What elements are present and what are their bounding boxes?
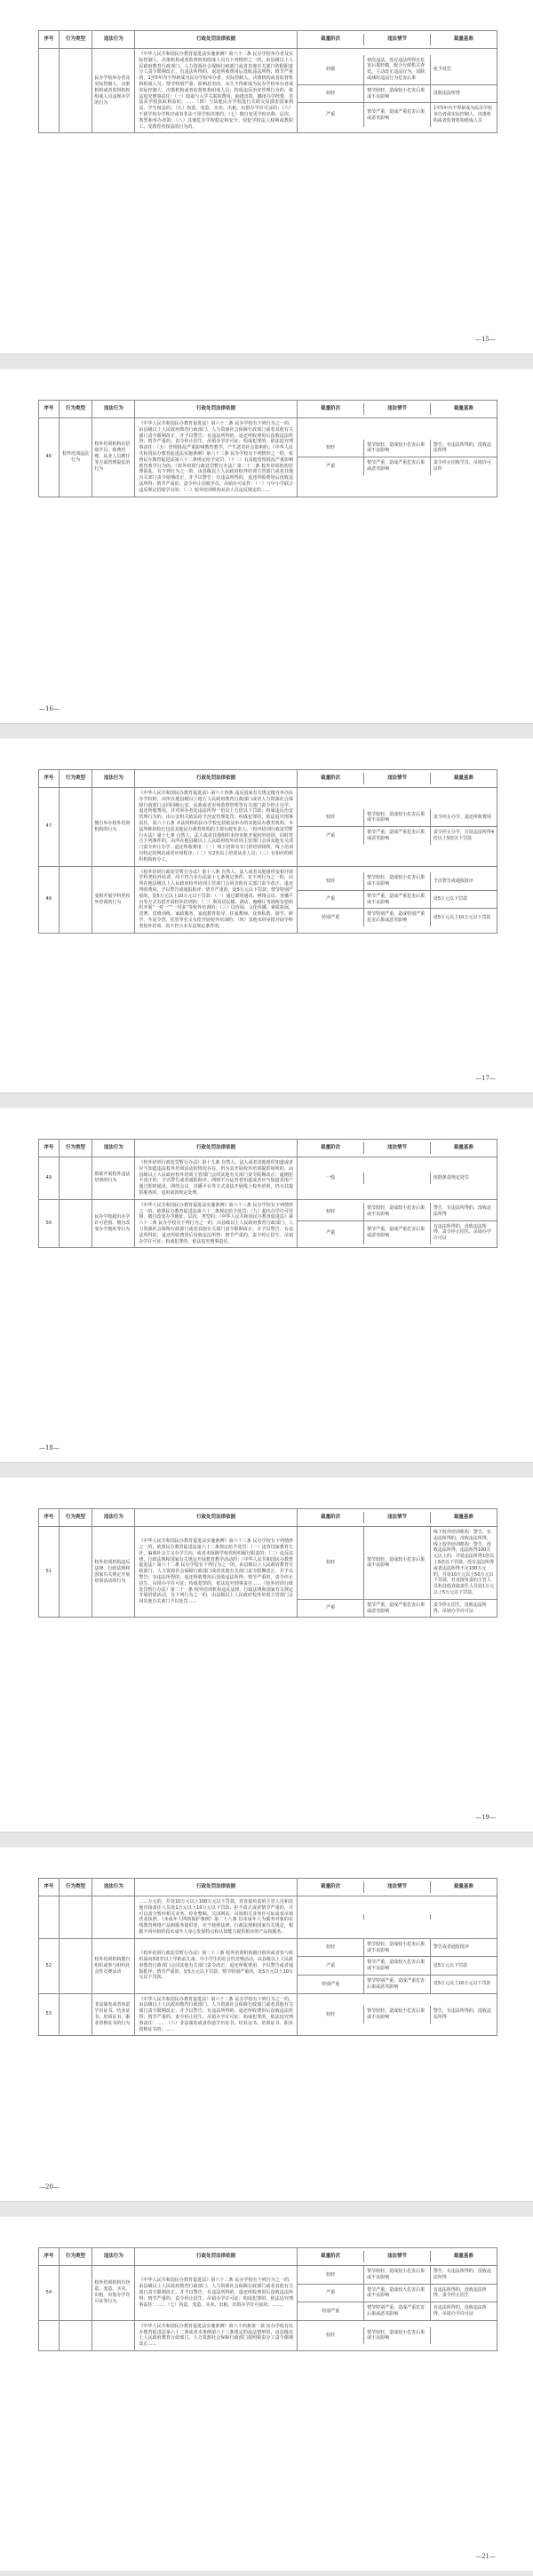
column-header: 行为类型 <box>59 1879 92 1896</box>
table-area: 序号行为类型违法行为行政处罚法律依据裁量阶次违法情节裁量基准51校外培训机构违反… <box>38 1508 497 1803</box>
column-header: 行为类型 <box>59 31 92 49</box>
discretion-row: 较轻情节较轻，造成较小危害后果或不良影响责令停止办学、退还所收费用 <box>298 809 497 827</box>
column-header: 违法情节 <box>364 403 431 415</box>
cell-discretion-level: 严重 <box>298 827 364 845</box>
discretion-row: 严重情节严重，造成严重危害后果或恶劣影响有违法所得的，没收违法所得，责令停止招生… <box>298 1220 497 1244</box>
column-header: 裁量基准 <box>430 1512 497 1523</box>
column-header: 序号 <box>39 2248 60 2266</box>
cell-illegal-behavior: 校外培训机构在招收学员、收费管理、从业人员聘任等方面管理混乱的行为 <box>92 418 135 497</box>
discretion-subtable <box>298 1914 497 1920</box>
discretion-row: 较轻情节较轻，造成较小危害后果或不良影响警告，有违法所得的，没收违法所得 <box>298 2266 497 2284</box>
cell-illegal-circumstance: 情节特别严重，造成严重危害后果或恶劣影响 <box>364 1975 431 1992</box>
sub-header-table: 裁量阶次违法情节裁量基准 <box>298 1881 497 1893</box>
cell-illegal-circumstance: 情节较轻，造成较小危害后果或不良影响 <box>364 84 431 103</box>
page-gap <box>0 2201 533 2217</box>
page-number: —21— <box>475 2553 496 2560</box>
cell-illegal-circumstance: 情节严重，造成较大危害后果或不良影响 <box>364 2284 431 2302</box>
cell-discretion-level: 较轻 <box>298 2006 364 2023</box>
cell-discretion-level: 特别严重 <box>298 2302 364 2320</box>
discretion-row <box>298 1914 497 1920</box>
cell-discretion-standard: 线下校外培训机构：警告，有违法所得的，没收违法所得。线上校外培训机构：警告，没收… <box>430 1527 497 1599</box>
discretion-row: 严重情节严重，造成严重危害后果或恶劣影响责令停止招收学员、吊销许可证件 <box>298 457 497 475</box>
cell-discretion-standard <box>430 2327 497 2345</box>
column-header: 行政处罚法律依据 <box>135 1879 298 1896</box>
cell-discretion-level: 严重 <box>298 103 364 127</box>
cell-illegal-behavior: 校外培训机构违反法律、行政法规和国家有关规定开展培训活动的行为 <box>92 1527 135 1618</box>
table-header-row: 序号行为类型违法行为行政处罚法律依据裁量阶次违法情节裁量基准 <box>39 770 497 788</box>
column-header: 序号 <box>39 770 60 788</box>
document-pages: 序号行为类型违法行为行政处罚法律依据裁量阶次违法情节裁量基准民办学校举办者及实际… <box>0 0 533 2571</box>
column-header: 行政处罚法律依据 <box>135 770 298 788</box>
discretion-row: 严重情节严重，造成较大危害后果或不良影响有违法所得的，没收违法所得，责令停止招生 <box>298 2284 497 2302</box>
column-header: 裁量基准 <box>430 2251 497 2262</box>
cell-serial-number: 53 <box>39 1993 60 2036</box>
column-header: 行为类型 <box>59 401 92 418</box>
discretion-row: 严重情节严重，造成严重危害后果或不良影响处5万元以下罚款 <box>298 890 497 909</box>
cell-illegal-behavior <box>92 1896 135 1939</box>
table-row: 53非法颁发或者伪造学历证书、结业证书、培训证书、职业资格证书的行为《中华人民共… <box>39 1993 497 2036</box>
cell-discretion-level: 严重 <box>298 890 364 909</box>
table-row: 50民办学校超出办学许可范围、擅自改变办学地址等行为《中华人民共和国民办教育促进… <box>39 1199 497 1248</box>
column-header-group: 裁量阶次违法情节裁量基准 <box>298 1509 497 1527</box>
table-header-row: 序号行为类型违法行为行政处罚法律依据裁量阶次违法情节裁量基准 <box>39 1879 497 1896</box>
penalty-table: 序号行为类型违法行为行政处罚法律依据裁量阶次违法情节裁量基准47擅自举办校外培训… <box>38 769 497 934</box>
page-number: —18— <box>39 1444 60 1451</box>
cell-serial-number: 54 <box>39 2266 60 2321</box>
cell-behavior-type <box>59 788 92 867</box>
column-header: 行政处罚法律依据 <box>135 1509 298 1527</box>
column-header: 违法情节 <box>364 1142 431 1154</box>
discretion-row: 较轻情节较轻，造成较小危害后果或不良影响警告或者通报批评 <box>298 1939 497 1957</box>
column-header: 违法行为 <box>92 1879 135 1896</box>
cell-illegal-circumstance: 情节较轻，造成较小危害后果或不良影响 <box>364 809 431 827</box>
cell-illegal-circumstance: 情节较轻，造成较小危害后果或不良影响 <box>364 2327 431 2345</box>
column-header: 违法行为 <box>92 1509 135 1527</box>
sub-header-row: 裁量阶次违法情节裁量基准 <box>298 403 497 415</box>
cell-legal-basis: 《校外培训行政处罚暂行办法》第十八条 自然人、法人或者其他组织变相开展学科类校外… <box>135 866 298 933</box>
discretion-subtable: 较轻情节较轻，造成较小危害后果或不良影响予以警告或通报批评严重情节严重，造成严重… <box>298 872 497 926</box>
cell-illegal-circumstance: 情节严重，造成严重危害后果或不良影响 <box>364 890 431 909</box>
cell-behavior-type <box>59 49 92 133</box>
cell-illegal-circumstance: 情节较轻，造成较小危害后果或不良影响 <box>364 2006 431 2023</box>
column-header: 裁量阶次 <box>298 1512 364 1523</box>
cell-behavior-type: 校外培训违法行为 <box>59 418 92 497</box>
cell-discretion-level: 较轻 <box>298 1939 364 1957</box>
cell-discretion-group: 轻微初次违法，没有违法所得且危害后果轻微，配合行政机关查处，主动改正违法行为，消… <box>298 49 497 133</box>
sub-header-table: 裁量阶次违法情节裁量基准 <box>298 1512 497 1523</box>
discretion-subtable: 较轻情节较轻，造成较小危害后果或不良影响警告，有违法所得的，没收违法所得严重情节… <box>298 440 497 475</box>
sub-header-row: 裁量阶次违法情节裁量基准 <box>298 1512 497 1523</box>
sub-header-row: 裁量阶次违法情节裁量基准 <box>298 2251 497 2262</box>
cell-discretion-level: 一般 <box>298 1173 364 1184</box>
cell-discretion-level: 特别严重 <box>298 909 364 926</box>
column-header: 裁量阶次 <box>298 1881 364 1893</box>
cell-illegal-circumstance: 情节严重，造成较大危害后果或不良影响 <box>364 1957 431 1976</box>
cell-legal-basis: 《中华人民共和国民办教育促进法实施条例》第六十二条 民办学校举办者及实际控制人、… <box>135 49 298 133</box>
cell-serial-number: 48 <box>39 866 60 933</box>
cell-discretion-group: 较轻情节较轻，造成较小危害后果或不良影响警告或者通报批评严重情节严重，造成较大危… <box>298 1938 497 1993</box>
discretion-subtable: 较轻情节较轻，造成较小危害后果或不良影响警告，有违法所得的，没收违法所得严重情节… <box>298 1203 497 1244</box>
column-header: 裁量基准 <box>430 403 497 415</box>
column-header: 违法行为 <box>92 401 135 418</box>
cell-legal-basis: 《中华人民共和国民办教育促进法》第六十二条 民办学校有下列行为之一的，由县级以上… <box>135 1993 298 2036</box>
cell-legal-basis: 《中华人民共和国民办教育促进法实施条例》第六十四条第一款 民办学校有民办教育促进… <box>135 2320 298 2350</box>
cell-illegal-circumstance: 情节严重，造成严重危害后果或恶劣影响 <box>364 457 431 475</box>
column-header-group: 裁量阶次违法情节裁量基准 <box>298 1140 497 1157</box>
cell-serial-number: 52 <box>39 1938 60 1993</box>
cell-illegal-circumstance: 情节较轻，造成较小危害后果或不良影响 <box>364 2266 431 2284</box>
cell-discretion-standard: 责令停止招收学员、吊销许可证件 <box>430 457 497 475</box>
column-header: 行政处罚法律依据 <box>135 1140 298 1157</box>
table-area: 序号行为类型违法行为行政处罚法律依据裁量阶次违法情节裁量基准49帮助开展校外违法… <box>38 1139 497 1434</box>
cell-discretion-standard: 警告，有违法所得的，没收违法所得 <box>430 1203 497 1220</box>
cell-discretion-level: 特别严重 <box>298 1975 364 1992</box>
cell-illegal-behavior: 擅自举办校外培训机构的行为 <box>92 788 135 867</box>
page: 序号行为类型违法行为行政处罚法律依据裁量阶次违法情节裁量基准49帮助开展校外违法… <box>0 1109 533 1462</box>
column-header: 行为类型 <box>59 1140 92 1157</box>
discretion-row: 特别严重情节特别严重，造成特别严重危害后果或恶劣影响处5万元以上10万元以下罚款 <box>298 909 497 926</box>
cell-legal-basis: 《中华人民共和国民办教育促进法》第六十二条 民办学校有下列行为之一的，由县级以上… <box>135 418 298 497</box>
column-header: 序号 <box>39 1140 60 1157</box>
column-header: 裁量基准 <box>430 1881 497 1893</box>
page-gap <box>0 1093 533 1109</box>
cell-discretion-level: 较轻 <box>298 2266 364 2284</box>
cell-discretion-group: 较轻情节较轻，造成较小危害后果或不良影响 <box>298 2320 497 2350</box>
cell-discretion-standard: 责令停止办学，并处违法所得4倍以上5倍以下罚款 <box>430 827 497 845</box>
cell-discretion-level: 严重 <box>298 1599 364 1617</box>
table-area: 序号行为类型违法行为行政处罚法律依据裁量阶次违法情节裁量基准54校外培训机构有伪… <box>38 2247 497 2542</box>
column-header: 裁量基准 <box>430 34 497 45</box>
cell-illegal-circumstance: 情节较轻，造成较小危害后果或不良影响 <box>364 1527 431 1599</box>
cell-discretion-level: 严重 <box>298 1220 364 1244</box>
cell-illegal-circumstance: 情节特别严重，造成特别严重危害后果或恶劣影响 <box>364 909 431 926</box>
cell-legal-basis: 《校外培训行政处罚暂行办法》第十九条 自然人、法人或者其他组织知道或者应当知道违… <box>135 1157 298 1200</box>
penalty-table: 序号行为类型违法行为行政处罚法律依据裁量阶次违法情节裁量基准46校外培训违法行为… <box>38 400 497 497</box>
page: 序号行为类型违法行为行政处罚法律依据裁量阶次违法情节裁量基准……万元的，并处10… <box>0 1848 533 2201</box>
cell-discretion-group: 较轻情节较轻，造成较小危害后果或不良影响警告，有违法所得的，没收违法所得严重情节… <box>298 418 497 497</box>
discretion-row: 较轻情节较轻，造成较小危害后果或不良影响 <box>298 2327 497 2345</box>
column-header-group: 裁量阶次违法情节裁量基准 <box>298 401 497 418</box>
column-header: 行政处罚法律依据 <box>135 2248 298 2266</box>
cell-discretion-level: 较轻 <box>298 809 364 827</box>
cell-discretion-standard: 予以警告或通报批评 <box>430 872 497 890</box>
discretion-subtable: 一般依据条款规定处罚 <box>298 1173 497 1184</box>
cell-behavior-type <box>59 2320 92 2350</box>
cell-discretion-standard: 免予处罚 <box>430 55 497 85</box>
cell-behavior-type <box>59 1527 92 1618</box>
discretion-row: 较轻情节较轻，造成较小危害后果或不良影响警告，有违法所得的，没收违法所得 <box>298 1203 497 1220</box>
table-row: 54校外培训机构有伪造、变造、买卖、出租、出借办学许可证等行为《中华人民共和国民… <box>39 2266 497 2321</box>
discretion-subtable: 较轻情节较轻，造成较小危害后果或不良影响 <box>298 2327 497 2345</box>
column-header: 序号 <box>39 1509 60 1527</box>
table-area: 序号行为类型违法行为行政处罚法律依据裁量阶次违法情节裁量基准47擅自举办校外培训… <box>38 769 497 1064</box>
sub-header-table: 裁量阶次违法情节裁量基准 <box>298 2251 497 2262</box>
cell-discretion-standard: 有违法所得的，没收违法所得，吊销办学许可证 <box>430 2302 497 2320</box>
cell-discretion-level: 较轻 <box>298 2327 364 2345</box>
cell-legal-basis: 《中华人民共和国民办教育促进法》第六十二条 民办学校有下列行为之一的，由县级以上… <box>135 2266 298 2321</box>
table-row: 51校外培训机构违反法律、行政法规和国家有关规定开展培训活动的行为《中华人民共和… <box>39 1527 497 1618</box>
discretion-row: 一般依据条款规定处罚 <box>298 1173 497 1184</box>
penalty-table: 序号行为类型违法行为行政处罚法律依据裁量阶次违法情节裁量基准民办学校举办者及实际… <box>38 30 497 133</box>
cell-behavior-type <box>59 866 92 933</box>
discretion-row: 较轻情节较轻，造成较小危害后果或不良影响没收违法所得 <box>298 84 497 103</box>
page: 序号行为类型违法行为行政处罚法律依据裁量阶次违法情节裁量基准54校外培训机构有伪… <box>0 2217 533 2571</box>
cell-discretion-group: 较轻情节较轻，造成较小危害后果或不良影响线下校外培训机构：警告，有违法所得的，没… <box>298 1527 497 1618</box>
cell-legal-basis: 《中华人民共和国民办教育促进法实施条例》第六十三条 民办学校有下列情形之一的，依… <box>135 1527 298 1618</box>
cell-behavior-type <box>59 1199 92 1248</box>
cell-discretion-level: 严重 <box>298 2284 364 2302</box>
cell-discretion-group: 较轻情节较轻，造成较小危害后果或不良影响责令停止办学、退还所收费用严重情节严重，… <box>298 788 497 867</box>
cell-illegal-behavior: 帮助开展校外违法培训的行为 <box>92 1157 135 1200</box>
cell-discretion-level <box>298 1914 364 1920</box>
cell-discretion-standard: 责令停止招生，没收违法所得，吊销办学许可证 <box>430 1599 497 1617</box>
table-row: 52校外培训机构擅自组织或参与组织社会性竞赛活动《校外培训行政处罚暂行办法》第二… <box>39 1938 497 1993</box>
cell-discretion-group: 较轻情节较轻，造成较小危害后果或不良影响警告，有违法所得的，没收违法所得 <box>298 1993 497 2036</box>
table-row: 47擅自举办校外培训机构的行为《中华人民共和国民办教育促进法》第六十四条 违反国… <box>39 788 497 867</box>
table-header-row: 序号行为类型违法行为行政处罚法律依据裁量阶次违法情节裁量基准 <box>39 31 497 49</box>
cell-illegal-circumstance: 情节较轻，造成较小危害后果或不良影响 <box>364 872 431 890</box>
column-header: 行为类型 <box>59 770 92 788</box>
cell-illegal-circumstance: 情节严重，造成严重危害后果或恶劣影响 <box>364 1599 431 1617</box>
table-header-row: 序号行为类型违法行为行政处罚法律依据裁量阶次违法情节裁量基准 <box>39 401 497 418</box>
cell-legal-basis: ……万元的，并处10万元以上100万元以下罚款，对直接负责的主管人员和其他直接责… <box>135 1896 298 1939</box>
penalty-table: 序号行为类型违法行为行政处罚法律依据裁量阶次违法情节裁量基准54校外培训机构有伪… <box>38 2247 497 2351</box>
cell-discretion-standard <box>430 1914 497 1920</box>
cell-illegal-circumstance: 情节严重，造成严重危害后果或恶劣影响 <box>364 1220 431 1244</box>
cell-legal-basis: 《中华人民共和国民办教育促进法》第六十四条 违反国家有关规定擅自举办民办学校的，… <box>135 788 298 867</box>
cell-discretion-group: 较轻情节较轻，造成较小危害后果或不良影响警告，有违法所得的，没收违法所得严重情节… <box>298 1199 497 1248</box>
sub-header-row: 裁量阶次违法情节裁量基准 <box>298 773 497 784</box>
discretion-row: 特别严重情节特别严重，造成严重危害后果或恶劣影响处5万元以上10万元以下罚款 <box>298 1975 497 1992</box>
table-row: 46校外培训违法行为校外培训机构在招收学员、收费管理、从业人员聘任等方面管理混乱… <box>39 418 497 497</box>
cell-discretion-standard: 警告，有违法所得的，没收违法所得 <box>430 440 497 457</box>
cell-illegal-behavior: 校外培训机构有伪造、变造、买卖、出租、出借办学许可证等行为 <box>92 2266 135 2321</box>
page-gap <box>0 354 533 370</box>
penalty-table: 序号行为类型违法行为行政处罚法律依据裁量阶次违法情节裁量基准51校外培训机构违反… <box>38 1508 497 1618</box>
column-header: 裁量基准 <box>430 1142 497 1154</box>
sub-header-table: 裁量阶次违法情节裁量基准 <box>298 403 497 415</box>
cell-discretion-standard: 1至5年内不得新成为民办学校举办者或实际控制人、决策机构或者监督机构组成人员 <box>430 103 497 127</box>
discretion-row: 轻微初次违法，没有违法所得且危害后果轻微，配合行政机关查处，主动改正违法行为，消… <box>298 55 497 85</box>
discretion-subtable: 较轻情节较轻，造成较小危害后果或不良影响警告或者通报批评严重情节严重，造成较大危… <box>298 1939 497 1993</box>
table-row: ……万元的，并处10万元以上100万元以下罚款，对直接负责的主管人员和其他直接责… <box>39 1896 497 1939</box>
cell-illegal-behavior <box>92 2320 135 2350</box>
discretion-row: 特别严重情节特别严重，造成严重危害后果或恶劣影响有违法所得的，没收违法所得，吊销… <box>298 2302 497 2320</box>
cell-illegal-behavior: 非法颁发或者伪造学历证书、结业证书、培训证书、职业资格证书的行为 <box>92 1993 135 2036</box>
cell-legal-basis: 《校外培训行政处罚暂行办法》第二十三条 校外培训机构擅自组织或者参与组织面向3周… <box>135 1938 298 1993</box>
column-header: 违法行为 <box>92 770 135 788</box>
column-header: 违法情节 <box>364 2251 431 2262</box>
column-header: 违法情节 <box>364 773 431 784</box>
column-header: 违法行为 <box>92 31 135 49</box>
cell-serial-number: 50 <box>39 1199 60 1248</box>
cell-illegal-circumstance: 情节较轻，造成较小危害后果或不良影响 <box>364 440 431 457</box>
table-header-row: 序号行为类型违法行为行政处罚法律依据裁量阶次违法情节裁量基准 <box>39 1509 497 1527</box>
sub-header-table: 裁量阶次违法情节裁量基准 <box>298 1142 497 1154</box>
cell-discretion-level: 较轻 <box>298 84 364 103</box>
cell-behavior-type <box>59 1896 92 1939</box>
page: 序号行为类型违法行为行政处罚法律依据裁量阶次违法情节裁量基准46校外培训违法行为… <box>0 370 533 723</box>
cell-discretion-level: 严重 <box>298 1957 364 1976</box>
cell-serial-number <box>39 49 60 133</box>
cell-serial-number: 51 <box>39 1527 60 1618</box>
table-row: 49帮助开展校外违法培训的行为《校外培训行政处罚暂行办法》第十九条 自然人、法人… <box>39 1157 497 1200</box>
cell-behavior-type <box>59 1157 92 1200</box>
page-number: —20— <box>39 2183 60 2190</box>
sub-header-row: 裁量阶次违法情节裁量基准 <box>298 1142 497 1154</box>
column-header: 裁量阶次 <box>298 34 364 45</box>
cell-discretion-standard: 警告，有违法所得的，没收违法所得 <box>430 2006 497 2023</box>
column-header: 裁量阶次 <box>298 1142 364 1154</box>
page-number: —19— <box>475 1814 496 1821</box>
sub-header-row: 裁量阶次违法情节裁量基准 <box>298 1881 497 1893</box>
table-row: 《中华人民共和国民办教育促进法实施条例》第六十四条第一款 民办学校有民办教育促进… <box>39 2320 497 2350</box>
cell-illegal-circumstance <box>364 1914 431 1920</box>
cell-legal-basis: 《中华人民共和国民办教育促进法实施条例》第六十三条 民办学校有下列情形之一的，依… <box>135 1199 298 1248</box>
cell-discretion-group: 一般依据条款规定处罚 <box>298 1157 497 1200</box>
cell-discretion-level: 较轻 <box>298 440 364 457</box>
cell-discretion-standard: 没收违法所得 <box>430 84 497 103</box>
cell-discretion-level: 较轻 <box>298 1203 364 1220</box>
page-number: —15— <box>475 336 496 343</box>
cell-discretion-level: 严重 <box>298 457 364 475</box>
column-header: 行政处罚法律依据 <box>135 401 298 418</box>
column-header: 裁量阶次 <box>298 773 364 784</box>
cell-discretion-standard: 处5万元以下罚款 <box>430 1957 497 1976</box>
table-area: 序号行为类型违法行为行政处罚法律依据裁量阶次违法情节裁量基准……万元的，并处10… <box>38 1878 497 2173</box>
cell-behavior-type <box>59 1938 92 1993</box>
discretion-row: 严重情节严重，造成较大危害后果或不良影响处5万元以下罚款 <box>298 1957 497 1976</box>
cell-discretion-level: 较轻 <box>298 1527 364 1599</box>
cell-discretion-standard: 处5万元以下罚款 <box>430 890 497 909</box>
discretion-subtable: 较轻情节较轻，造成较小危害后果或不良影响警告，有违法所得的，没收违法所得严重情节… <box>298 2266 497 2320</box>
discretion-row: 较轻情节较轻，造成较小危害后果或不良影响警告，有违法所得的，没收违法所得 <box>298 2006 497 2023</box>
cell-behavior-type <box>59 1993 92 2036</box>
cell-discretion-standard: 处5万元以上10万元以下罚款 <box>430 909 497 926</box>
discretion-row: 严重情节严重，造成严重危害后果或恶劣影响1至5年内不得新成为民办学校举办者或实际… <box>298 103 497 127</box>
column-header: 行为类型 <box>59 2248 92 2266</box>
cell-discretion-standard: 警告或者通报批评 <box>430 1939 497 1957</box>
discretion-subtable: 轻微初次违法，没有违法所得且危害后果轻微，配合行政机关查处，主动改正违法行为，消… <box>298 55 497 127</box>
column-header: 违法行为 <box>92 1140 135 1157</box>
sub-header-table: 裁量阶次违法情节裁量基准 <box>298 773 497 784</box>
column-header: 行政处罚法律依据 <box>135 31 298 49</box>
column-header: 行为类型 <box>59 1509 92 1527</box>
cell-discretion-standard: 警告，有违法所得的，没收违法所得 <box>430 2266 497 2284</box>
cell-behavior-type <box>59 2266 92 2321</box>
cell-discretion-standard: 处5万元以上10万元以下罚款 <box>430 1975 497 1992</box>
cell-discretion-standard: 有违法所得的，没收违法所得，责令停止招生 <box>430 2284 497 2302</box>
cell-discretion-group: 较轻情节较轻，造成较小危害后果或不良影响警告，有违法所得的，没收违法所得严重情节… <box>298 2266 497 2321</box>
cell-serial-number: 47 <box>39 788 60 867</box>
column-header: 裁量阶次 <box>298 2251 364 2262</box>
column-header-group: 裁量阶次违法情节裁量基准 <box>298 1879 497 1896</box>
cell-illegal-behavior: 民办学校超出办学许可范围、擅自改变办学地址等行为 <box>92 1199 135 1248</box>
cell-illegal-circumstance: 情节较轻，造成较小危害后果或不良影响 <box>364 1939 431 1957</box>
cell-discretion-group <box>298 1896 497 1939</box>
page-gap <box>0 1832 533 1848</box>
table-row: 48变相开展学科类校外培训的行为《校外培训行政处罚暂行办法》第十八条 自然人、法… <box>39 866 497 933</box>
table-header-row: 序号行为类型违法行为行政处罚法律依据裁量阶次违法情节裁量基准 <box>39 2248 497 2266</box>
discretion-row: 较轻情节较轻，造成较小危害后果或不良影响线下校外培训机构：警告，有违法所得的，没… <box>298 1527 497 1599</box>
discretion-row: 较轻情节较轻，造成较小危害后果或不良影响警告，有违法所得的，没收违法所得 <box>298 440 497 457</box>
table-row: 民办学校举办者及实际控制人、决策机构或者监督机构组成人员违规办学的行为《中华人民… <box>39 49 497 133</box>
column-header: 违法情节 <box>364 1512 431 1523</box>
page-gap <box>0 723 533 739</box>
cell-serial-number <box>39 1896 60 1939</box>
column-header: 违法行为 <box>92 2248 135 2266</box>
sub-header-table: 裁量阶次违法情节裁量基准 <box>298 34 497 45</box>
column-header-group: 裁量阶次违法情节裁量基准 <box>298 2248 497 2266</box>
cell-serial-number: 46 <box>39 418 60 497</box>
cell-illegal-behavior: 民办学校举办者及实际控制人、决策机构或者监督机构组成人员违规办学的行为 <box>92 49 135 133</box>
column-header: 序号 <box>39 1879 60 1896</box>
cell-illegal-behavior: 变相开展学科类校外培训的行为 <box>92 866 135 933</box>
table-header-row: 序号行为类型违法行为行政处罚法律依据裁量阶次违法情节裁量基准 <box>39 1140 497 1157</box>
column-header-group: 裁量阶次违法情节裁量基准 <box>298 770 497 788</box>
cell-illegal-behavior: 校外培训机构擅自组织或参与组织社会性竞赛活动 <box>92 1938 135 1993</box>
discretion-subtable: 较轻情节较轻，造成较小危害后果或不良影响线下校外培训机构：警告，有违法所得的，没… <box>298 1527 497 1617</box>
table-area: 序号行为类型违法行为行政处罚法律依据裁量阶次违法情节裁量基准46校外培训违法行为… <box>38 400 497 695</box>
cell-serial-number <box>39 2320 60 2350</box>
discretion-row: 严重情节严重，造成严重危害后果或恶劣影响责令停止办学，并处违法所得4倍以上5倍以… <box>298 827 497 845</box>
penalty-table: 序号行为类型违法行为行政处罚法律依据裁量阶次违法情节裁量基准49帮助开展校外违法… <box>38 1139 497 1248</box>
discretion-row: 较轻情节较轻，造成较小危害后果或不良影响予以警告或通报批评 <box>298 872 497 890</box>
cell-discretion-standard: 有违法所得的，没收违法所得，责令停止招生、吊销办学许可证 <box>430 1220 497 1244</box>
column-header: 序号 <box>39 31 60 49</box>
cell-discretion-standard: 依据条款规定处罚 <box>430 1173 497 1184</box>
cell-discretion-level: 轻微 <box>298 55 364 85</box>
sub-header-row: 裁量阶次违法情节裁量基准 <box>298 34 497 45</box>
cell-discretion-group: 较轻情节较轻，造成较小危害后果或不良影响予以警告或通报批评严重情节严重，造成严重… <box>298 866 497 933</box>
cell-illegal-circumstance: 情节较轻，造成较小危害后果或不良影响 <box>364 1203 431 1220</box>
cell-illegal-circumstance: 初次违法，没有违法所得且危害后果轻微，配合行政机关查处，主动改正违法行为，消除或… <box>364 55 431 85</box>
discretion-subtable: 较轻情节较轻，造成较小危害后果或不良影响责令停止办学、退还所收费用严重情节严重，… <box>298 809 497 845</box>
column-header: 违法情节 <box>364 34 431 45</box>
cell-illegal-circumstance: 情节特别严重，造成严重危害后果或恶劣影响 <box>364 2302 431 2320</box>
page: 序号行为类型违法行为行政处罚法律依据裁量阶次违法情节裁量基准47擅自举办校外培训… <box>0 739 533 1093</box>
cell-discretion-level: 较轻 <box>298 872 364 890</box>
page: 序号行为类型违法行为行政处罚法律依据裁量阶次违法情节裁量基准民办学校举办者及实际… <box>0 0 533 354</box>
page-number: —16— <box>39 705 60 712</box>
cell-illegal-circumstance <box>364 1173 431 1184</box>
discretion-subtable: 较轻情节较轻，造成较小危害后果或不良影响警告，有违法所得的，没收违法所得 <box>298 2006 497 2023</box>
cell-illegal-circumstance: 情节严重，造成严重危害后果或恶劣影响 <box>364 103 431 127</box>
column-header: 序号 <box>39 401 60 418</box>
column-header: 裁量阶次 <box>298 403 364 415</box>
page-gap <box>0 1462 533 1478</box>
penalty-table: 序号行为类型违法行为行政处罚法律依据裁量阶次违法情节裁量基准……万元的，并处10… <box>38 1878 497 2036</box>
page-number: —17— <box>475 1075 496 1082</box>
page: 序号行为类型违法行为行政处罚法律依据裁量阶次违法情节裁量基准51校外培训机构违反… <box>0 1478 533 1832</box>
column-header-group: 裁量阶次违法情节裁量基准 <box>298 31 497 49</box>
column-header: 裁量基准 <box>430 773 497 784</box>
cell-illegal-circumstance: 情节严重，造成严重危害后果或恶劣影响 <box>364 827 431 845</box>
discretion-row: 严重情节严重，造成严重危害后果或恶劣影响责令停止招生，没收违法所得，吊销办学许可… <box>298 1599 497 1617</box>
table-area: 序号行为类型违法行为行政处罚法律依据裁量阶次违法情节裁量基准民办学校举办者及实际… <box>38 30 497 325</box>
cell-serial-number: 49 <box>39 1157 60 1200</box>
cell-discretion-standard: 责令停止办学、退还所收费用 <box>430 809 497 827</box>
column-header: 违法情节 <box>364 1881 431 1893</box>
